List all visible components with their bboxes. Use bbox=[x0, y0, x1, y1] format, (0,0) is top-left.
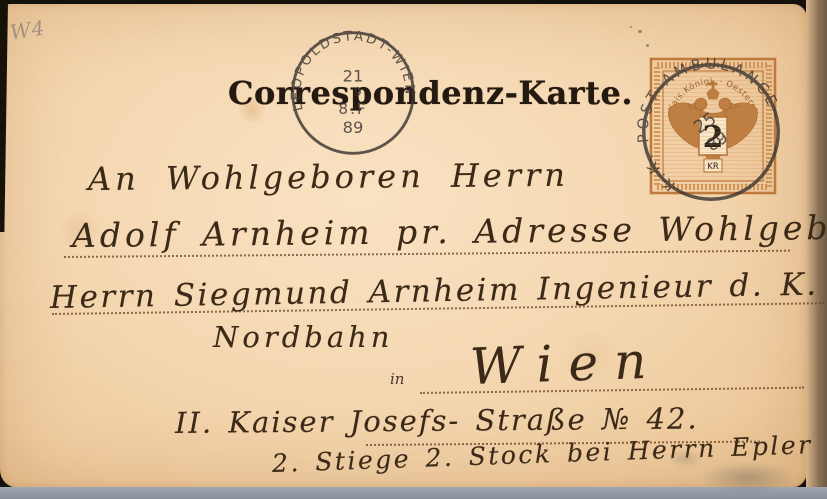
ink-speck bbox=[646, 44, 649, 47]
in-label: in bbox=[390, 370, 404, 388]
scan-edge-bottom bbox=[0, 487, 827, 499]
address-line-company: Nordbahn bbox=[213, 320, 393, 354]
scan-background: W4 Correspondenz-Karte. in Kais.Königl. … bbox=[0, 0, 827, 499]
address-city: Wien bbox=[469, 331, 663, 396]
ink-speck bbox=[630, 26, 632, 28]
postmark-leopoldstadt: LEOPOLDSTADT-WIEN 21 9 8.F 89 bbox=[286, 26, 420, 160]
ink-speck bbox=[638, 30, 642, 33]
pencil-mark: W4 bbox=[9, 16, 47, 45]
address-line-recipient-salutation: An Wohlgeboren Herrn bbox=[88, 156, 569, 198]
address-line-street: II. Kaiser Josefs- Straße № 42. bbox=[175, 401, 699, 440]
postmark-date-day: 21 bbox=[343, 67, 364, 86]
postmark-date-time: 8.F bbox=[338, 100, 367, 118]
postmark-date-year: 89 bbox=[343, 118, 364, 137]
address-line-recipient-name: Adolf Arnheim pr. Adresse Wohlgeboren bbox=[72, 207, 827, 255]
postmark-date-month: 9 bbox=[354, 84, 362, 99]
